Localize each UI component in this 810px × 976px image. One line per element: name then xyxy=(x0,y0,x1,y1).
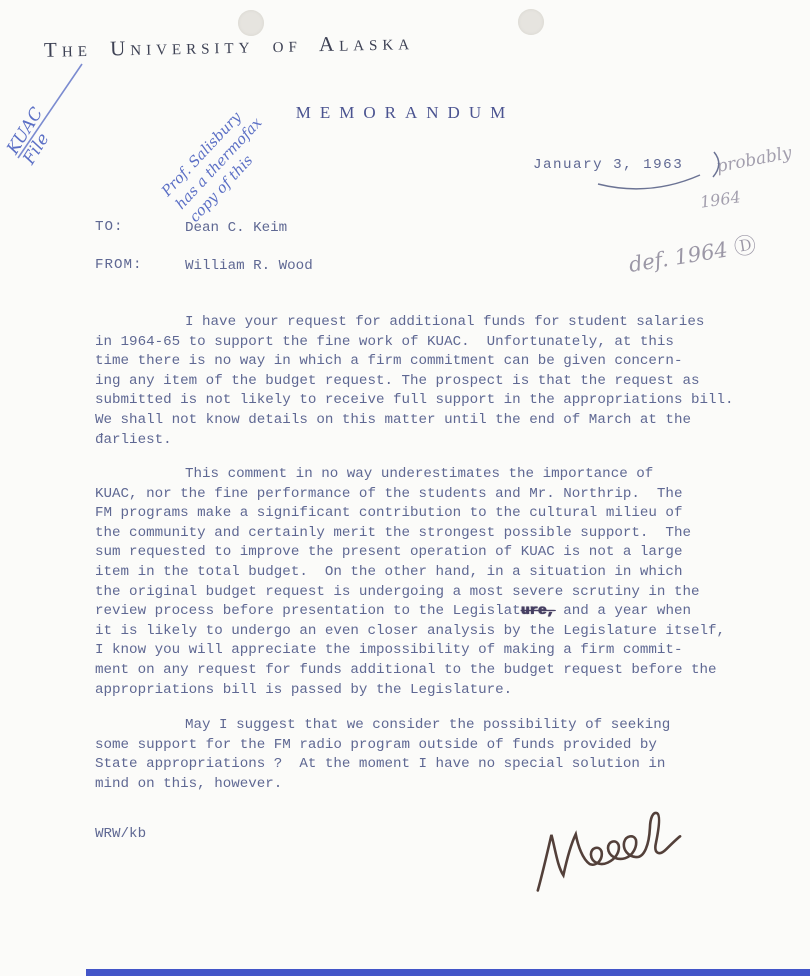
from-label: FROM: xyxy=(95,257,143,273)
body-line: May I suggest that we consider the possi… xyxy=(95,716,743,736)
overstruck-text: ure, xyxy=(521,603,555,619)
body-line: some support for the FM radio program ou… xyxy=(95,736,743,756)
body-line: mind on this, however. xyxy=(95,775,743,795)
body-line: sum requested to improve the present ope… xyxy=(95,543,743,563)
overstrike-prefix: review process before presentation to th… xyxy=(95,603,521,619)
body-line: time there is no way in which a firm com… xyxy=(95,352,743,372)
punch-hole-left xyxy=(238,10,264,36)
body-line: the original budget request is undergoin… xyxy=(95,583,743,603)
to-label: TO: xyxy=(95,219,124,235)
memo-title: MEMORANDUM xyxy=(0,103,810,123)
to-value: Dean C. Keim xyxy=(185,220,287,236)
paragraph-3: May I suggest that we consider the possi… xyxy=(95,716,743,794)
annotation-def-1964: def. 1964 Ⓓ xyxy=(626,228,758,279)
body-line: KUAC, nor the fine performance of the st… xyxy=(95,485,743,505)
body-line: FM programs make a significant contribut… xyxy=(95,504,743,524)
annotation-def-1964-mark: Ⓓ xyxy=(732,233,758,261)
body-line-overstrike: review process before presentation to th… xyxy=(95,602,743,622)
body-line: submitted is not likely to receive full … xyxy=(95,391,743,411)
punch-hole-right xyxy=(518,9,544,35)
body-line: We shall not know details on this matter… xyxy=(95,411,743,431)
signature-wood xyxy=(528,809,685,890)
body-line: State appropriations ? At the moment I h… xyxy=(95,755,743,775)
paragraph-1: I have your request for additional funds… xyxy=(95,313,743,450)
scan-edge-strip xyxy=(86,969,810,976)
body-line: ing any item of the budget request. The … xyxy=(95,372,743,392)
body-line: it is likely to undergo an even closer a… xyxy=(95,622,743,642)
body-line: I know you will appreciate the impossibi… xyxy=(95,641,743,661)
annotation-def-1964-text: def. 1964 xyxy=(627,238,729,277)
body-line: ment on any request for funds additional… xyxy=(95,661,743,681)
typist-initials: WRW/kb xyxy=(95,826,146,842)
memo-date: January 3, 1963 xyxy=(533,157,683,173)
signature-stroke xyxy=(528,809,685,890)
body-line: đarliest. xyxy=(95,431,743,451)
annotation-probably-year: 1964 xyxy=(699,187,742,211)
body-line: the community and certainly merit the st… xyxy=(95,524,743,544)
overstrike-suffix: and a year when xyxy=(555,603,691,619)
body-line: I have your request for additional funds… xyxy=(95,313,743,333)
annotation-probably: probably xyxy=(715,143,794,177)
paragraph-2: This comment in no way underestimates th… xyxy=(95,465,743,700)
body-line: item in the total budget. On the other h… xyxy=(95,563,743,583)
letterhead-title: The University of Alaska xyxy=(44,30,415,63)
date-circling-stroke xyxy=(598,175,700,189)
body-line: This comment in no way underestimates th… xyxy=(95,465,743,485)
from-value: William R. Wood xyxy=(185,258,313,274)
body-line: in 1964-65 to support the fine work of K… xyxy=(95,333,743,353)
body-line: appropriations bill is passed by the Leg… xyxy=(95,681,743,701)
scanned-memo-page: { "page": { "letterhead": "The Universit… xyxy=(0,0,810,976)
